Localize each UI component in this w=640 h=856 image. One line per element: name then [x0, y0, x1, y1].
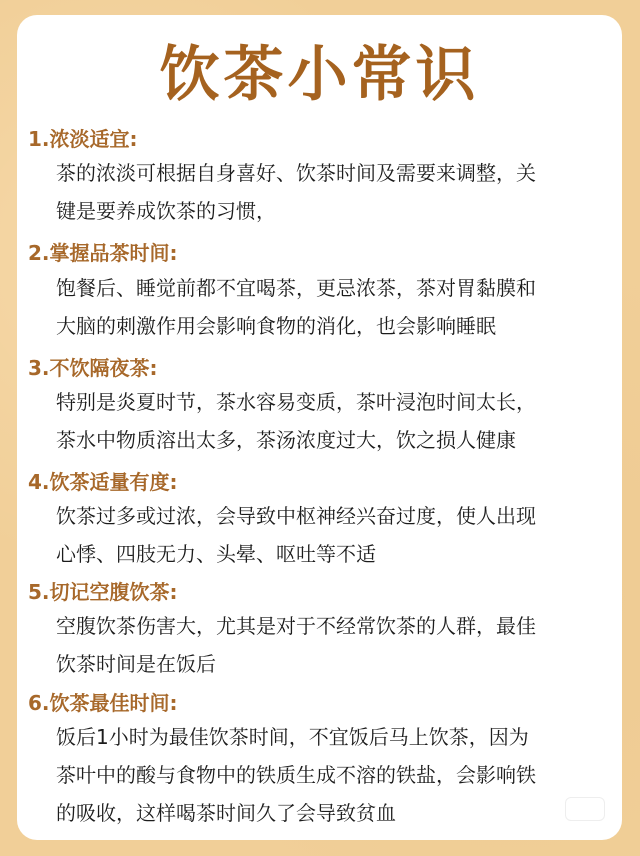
section-body-6: 饭后1小时为最佳饮茶时间，不宜饭后马上饮茶，因为 茶叶中的酸与食物中的铁质生成不…	[56, 718, 616, 832]
body-line: 饱餐后、睡觉前都不宜喝茶，更忌浓茶，茶对胃黏膜和	[56, 269, 616, 307]
section-body-1: 茶的浓淡可根据自身喜好、饮茶时间及需要来调整，关 键是要养成饮茶的习惯，	[56, 154, 616, 230]
body-line: 茶叶中的酸与食物中的铁质生成不溶的铁盐，会影响铁	[56, 756, 616, 794]
body-line: 空腹饮茶伤害大，尤其是对于不经常饮茶的人群，最佳	[56, 607, 616, 645]
content-card: 饮茶小常识 1.浓淡适宜: 茶的浓淡可根据自身喜好、饮茶时间及需要来调整，关 键…	[17, 15, 622, 840]
body-line: 茶的浓淡可根据自身喜好、饮茶时间及需要来调整，关	[56, 154, 616, 192]
body-line: 饮茶过多或过浓，会导致中枢神经兴奋过度，使人出现	[56, 497, 616, 535]
section-heading-3: 3.不饮隔夜茶:	[28, 354, 158, 382]
body-line: 心悸、四肢无力、头晕、呕吐等不适	[56, 535, 616, 573]
body-line: 特别是炎夏时节，茶水容易变质，茶叶浸泡时间太长，	[56, 383, 616, 421]
section-heading-2: 2.掌握品茶时间:	[28, 239, 178, 267]
page-title: 饮茶小常识	[17, 37, 622, 113]
body-line: 键是要养成饮茶的习惯，	[56, 192, 616, 230]
body-line: 大脑的刺激作用会影响食物的消化，也会影响睡眠	[56, 307, 616, 345]
section-body-3: 特别是炎夏时节，茶水容易变质，茶叶浸泡时间太长， 茶水中物质溶出太多，茶汤浓度过…	[56, 383, 616, 459]
body-line: 饮茶时间是在饭后	[56, 645, 616, 683]
body-line: 饭后1小时为最佳饮茶时间，不宜饭后马上饮茶，因为	[56, 718, 616, 756]
body-line: 茶水中物质溶出太多，茶汤浓度过大，饮之损人健康	[56, 421, 616, 459]
section-heading-4: 4.饮茶适量有度:	[28, 468, 178, 496]
section-body-4: 饮茶过多或过浓，会导致中枢神经兴奋过度，使人出现 心悸、四肢无力、头晕、呕吐等不…	[56, 497, 616, 573]
section-body-5: 空腹饮茶伤害大，尤其是对于不经常饮茶的人群，最佳 饮茶时间是在饭后	[56, 607, 616, 683]
section-body-2: 饱餐后、睡觉前都不宜喝茶，更忌浓茶，茶对胃黏膜和 大脑的刺激作用会影响食物的消化…	[56, 269, 616, 345]
section-heading-1: 1.浓淡适宜:	[28, 125, 138, 153]
section-heading-5: 5.切记空腹饮茶:	[28, 578, 178, 606]
section-heading-6: 6.饮茶最佳时间:	[28, 689, 178, 717]
watermark-badge	[565, 797, 605, 821]
body-line: 的吸收，这样喝茶时间久了会导致贫血	[56, 794, 616, 832]
